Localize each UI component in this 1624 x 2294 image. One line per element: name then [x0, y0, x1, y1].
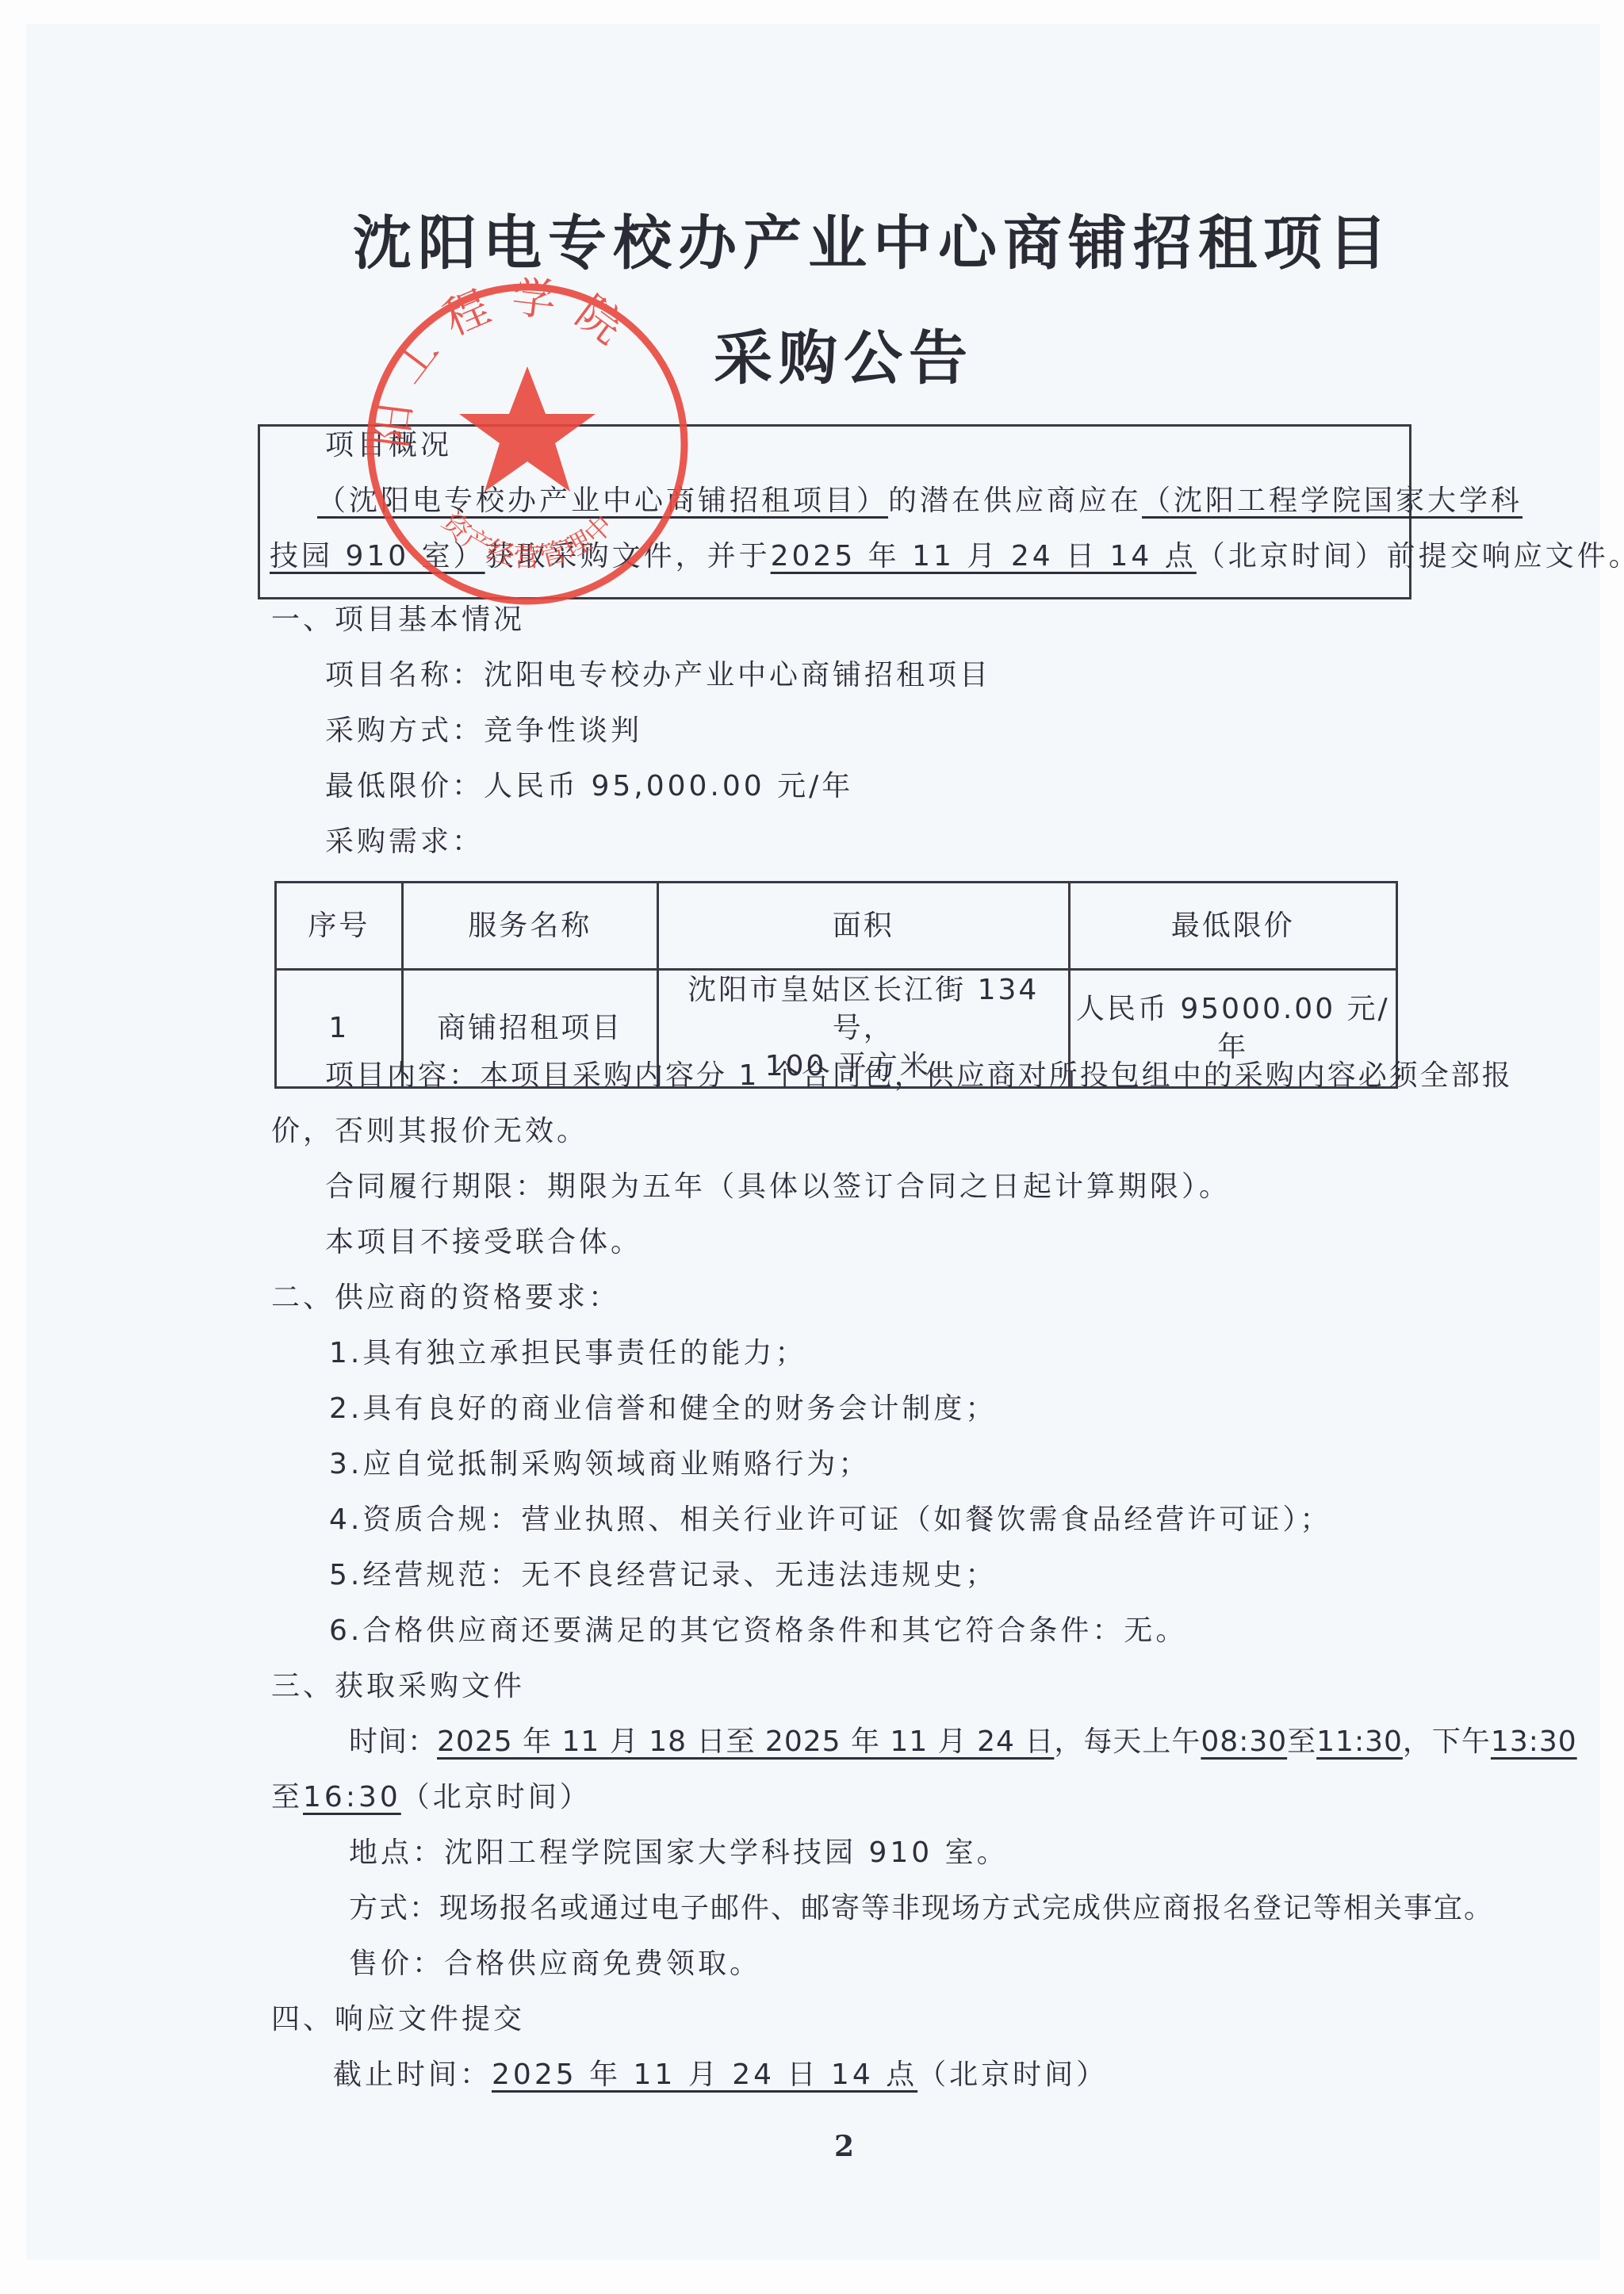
submission-deadline: 2025 年 11 月 24 日 14 点 [492, 2058, 917, 2091]
acquisition-dates: 2025 年 11 月 18 日至 2025 年 11 月 24 日 [437, 1725, 1054, 1758]
overview-place-cont: 技园 910 室） [270, 540, 485, 573]
consortium-line: 本项目不接受联合体。 [325, 1225, 642, 1260]
qualification-item: 5.经营规范：无不良经营记录、无违法违规史； [329, 1558, 997, 1593]
demand-label: 采购需求： [325, 825, 484, 860]
overview-paragraph-line2: 技园 910 室）获取采购文件，并于2025 年 11 月 24 日 14 点（… [270, 539, 1624, 574]
header-no: 序号 [276, 883, 403, 970]
qualification-item: 2.具有良好的商业信誉和健全的财务会计制度； [329, 1392, 997, 1427]
submission-deadline-line: 截止时间：2025 年 11 月 24 日 14 点（北京时间） [333, 2058, 1108, 2093]
overview-heading: 项目概况 [325, 428, 452, 463]
project-name-line: 项目名称：沈阳电专校办产业中心商铺招租项目 [325, 658, 991, 693]
contract-term-line: 合同履行期限：期限为五年（具体以签订合同之日起计算期限）。 [325, 1170, 1231, 1204]
document-subtitle: 采购公告 [714, 312, 974, 396]
acquisition-place: 地点：沈阳工程学院国家大学科技园 910 室。 [349, 1836, 1009, 1871]
project-content-line1: 项目内容：本项目采购内容分 1 个合同包，供应商对所投包组中的采购内容必须全部报 [325, 1059, 1513, 1093]
qualification-item: 6.合格供应商还要满足的其它资格条件和其它符合条件：无。 [329, 1614, 1187, 1649]
table-header-row: 序号 服务名称 面积 最低限价 [276, 883, 1397, 970]
section2-heading: 二、供应商的资格要求： [271, 1281, 620, 1316]
overview-place: （沈阳工程学院国家大学科 [1142, 484, 1522, 517]
document-price: 售价：合格供应商免费领取。 [349, 1947, 761, 1982]
header-service: 服务名称 [402, 883, 657, 970]
procurement-method-line: 采购方式：竞争性谈判 [325, 714, 642, 749]
qualification-item: 1.具有独立承担民事责任的能力； [329, 1336, 806, 1371]
document-title: 沈阳电专校办产业中心商铺招租项目 [353, 197, 1393, 281]
section4-heading: 四、响应文件提交 [271, 2002, 525, 2037]
page-number: 2 [834, 2130, 854, 2163]
section1-heading: 一、项目基本情况 [271, 603, 525, 638]
min-price-line: 最低限价：人民币 95,000.00 元/年 [325, 769, 853, 804]
header-price: 最低限价 [1069, 883, 1396, 970]
overview-paragraph-line1: （沈阳电专校办产业中心商铺招租项目）的潜在供应商应在（沈阳工程学院国家大学科 [317, 484, 1522, 519]
acquisition-time-line1: 时间：2025 年 11 月 18 日至 2025 年 11 月 24 日，每天… [349, 1725, 1577, 1760]
overview-deadline: 2025 年 11 月 24 日 14 点 [771, 540, 1197, 573]
qualification-item: 4.资质合规：营业执照、相关行业许可证（如餐饮需食品经营许可证）； [329, 1503, 1331, 1538]
project-content-line2: 价，否则其报价无效。 [271, 1114, 588, 1149]
acquisition-time-line2: 至16:30（北京时间） [271, 1780, 592, 1815]
qualification-item: 3.应自觉抵制采购领域商业贿赂行为； [329, 1447, 870, 1482]
overview-project-name: （沈阳电专校办产业中心商铺招租项目） [317, 484, 888, 517]
requirements-table: 序号 服务名称 面积 最低限价 1 商铺招租项目 沈阳市皇姑区长江街 134 号… [274, 881, 1398, 1089]
acquisition-method: 方式：现场报名或通过电子邮件、邮寄等非现场方式完成供应商报名登记等相关事宜。 [349, 1891, 1494, 1926]
section3-heading: 三、获取采购文件 [271, 1669, 525, 1704]
header-area: 面积 [657, 883, 1069, 970]
